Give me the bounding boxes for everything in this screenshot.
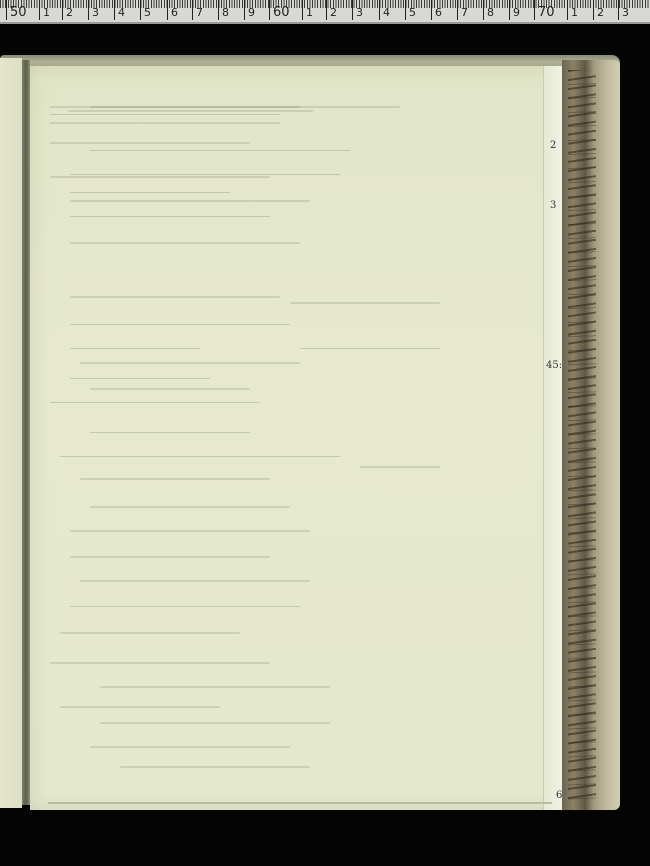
faint-handwriting-stroke xyxy=(70,216,270,217)
ruler-label: 2 xyxy=(597,6,604,19)
verso-show-through-handwriting xyxy=(30,66,562,810)
ruler-label: 60 xyxy=(273,5,290,20)
facing-page-edge xyxy=(0,58,22,808)
ruler-label: 9 xyxy=(513,6,520,19)
faint-handwriting-stroke xyxy=(70,174,340,175)
ruler-label: 8 xyxy=(222,6,229,19)
ruler-cm-line xyxy=(593,0,594,20)
faint-handwriting-stroke xyxy=(60,632,240,634)
faint-handwriting-stroke xyxy=(90,388,250,390)
margin-mark: 6 xyxy=(556,790,562,801)
margin-mark: 45: xyxy=(546,360,562,371)
ruler-label: 5 xyxy=(409,6,416,19)
ruler-label: 6 xyxy=(171,6,178,19)
ruler-cm-line xyxy=(167,0,168,20)
ruler-cm-line xyxy=(457,0,458,20)
faint-handwriting-stroke xyxy=(60,706,220,708)
ruler-label: 6 xyxy=(435,6,442,19)
faint-handwriting-stroke xyxy=(70,348,200,349)
faint-handwriting-stroke xyxy=(90,506,290,508)
faint-handwriting-stroke xyxy=(90,150,350,151)
ruler-cm-line xyxy=(192,0,193,20)
ruler-cm-line xyxy=(534,0,535,20)
ruler-cm-line xyxy=(379,0,380,20)
ruler-label: 1 xyxy=(43,6,50,19)
faint-handwriting-stroke xyxy=(50,402,260,403)
ruler-label: 3 xyxy=(622,6,629,19)
ruler-cm-line xyxy=(269,0,270,20)
margin-mark: 3 xyxy=(550,200,556,211)
faint-handwriting-stroke xyxy=(70,242,300,244)
ruler-label: 5 xyxy=(144,6,151,19)
ruler-cm-line xyxy=(140,0,141,20)
ruler-cm-line xyxy=(431,0,432,20)
ruler-cm-line xyxy=(405,0,406,20)
faint-handwriting-stroke xyxy=(100,722,330,724)
margin-mark: 2 xyxy=(550,140,556,151)
ruler-cm-line xyxy=(483,0,484,20)
ruler-cm-line xyxy=(218,0,219,20)
faint-handwriting-stroke xyxy=(300,348,440,349)
ruler-cm-line xyxy=(39,0,40,20)
faint-handwriting-stroke xyxy=(50,122,140,124)
ruler-cm-line xyxy=(302,0,303,20)
ruler-cm-line xyxy=(509,0,510,20)
manuscript-leaf: 2345:6 xyxy=(30,66,562,810)
ruler-cm-line xyxy=(352,0,353,20)
ruler-label: 4 xyxy=(118,6,125,19)
faint-handwriting-stroke xyxy=(50,142,250,144)
ruler-label: 7 xyxy=(461,6,468,19)
faint-handwriting-stroke xyxy=(100,686,330,688)
faint-handwriting-stroke xyxy=(70,324,290,325)
leaf-bottom-fold xyxy=(48,802,552,804)
scale-ruler: 501234567896012345678970123 xyxy=(0,0,650,24)
ruler-cm-line xyxy=(114,0,115,20)
ruler-cm-line xyxy=(618,0,619,20)
faint-handwriting-stroke xyxy=(50,662,270,664)
ruler-cm-line xyxy=(326,0,327,20)
ruler-label: 50 xyxy=(10,5,27,20)
ruler-label: 4 xyxy=(383,6,390,19)
faint-handwriting-stroke xyxy=(70,200,310,202)
faint-handwriting-stroke xyxy=(80,362,300,364)
ruler-cm-line xyxy=(567,0,568,20)
ruler-label: 1 xyxy=(571,6,578,19)
ruler-cm-line xyxy=(88,0,89,20)
ruler-cm-line xyxy=(244,0,245,20)
ruler-cm-line xyxy=(6,0,7,20)
binding-spine xyxy=(562,60,620,810)
faint-handwriting-stroke xyxy=(90,746,290,748)
ruler-label: 2 xyxy=(66,6,73,19)
ruler-label: 70 xyxy=(538,5,555,20)
spine-fibers xyxy=(568,70,596,800)
ruler-label: 8 xyxy=(487,6,494,19)
faint-handwriting-stroke xyxy=(80,478,270,480)
faint-handwriting-stroke xyxy=(70,192,230,193)
faint-handwriting-stroke xyxy=(360,466,440,468)
ruler-label: 9 xyxy=(248,6,255,19)
faint-handwriting-stroke xyxy=(70,556,270,558)
ruler-label: 7 xyxy=(196,6,203,19)
ruler-label: 3 xyxy=(356,6,363,19)
faint-handwriting-stroke xyxy=(60,456,340,457)
leaf-fore-edge xyxy=(543,66,562,810)
faint-handwriting-stroke xyxy=(70,296,280,298)
ruler-label: 2 xyxy=(330,6,337,19)
faint-handwriting-stroke xyxy=(70,378,210,379)
faint-handwriting-stroke xyxy=(50,176,270,178)
ruler-cm-line xyxy=(62,0,63,20)
faint-handwriting-stroke xyxy=(70,530,310,532)
faint-handwriting-stroke xyxy=(90,432,250,433)
faint-handwriting-stroke xyxy=(68,110,313,112)
faint-handwriting-stroke xyxy=(120,766,310,768)
faint-handwriting-stroke xyxy=(70,606,300,607)
faint-handwriting-stroke xyxy=(80,580,310,582)
faint-handwriting-stroke xyxy=(50,114,280,115)
faint-handwriting-stroke xyxy=(290,302,440,304)
gutter-shadow xyxy=(22,60,30,805)
ruler-label: 3 xyxy=(92,6,99,19)
faint-handwriting-stroke xyxy=(90,106,400,108)
ruler-label: 1 xyxy=(306,6,313,19)
faint-handwriting-stroke xyxy=(140,122,280,124)
